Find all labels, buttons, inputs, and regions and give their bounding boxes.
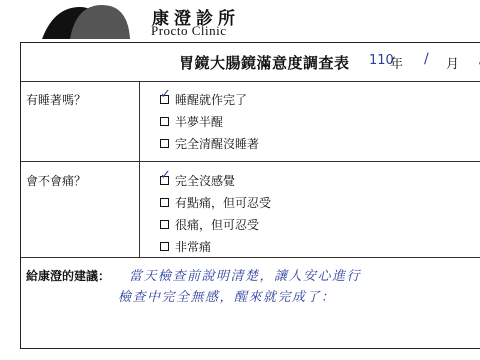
question-row-sleep: 有睡著嗎？ ✓ 睡醒就作完了 半夢半醒 完全清醒沒睡著 bbox=[21, 81, 480, 162]
check-mark-icon: ✓ bbox=[160, 87, 171, 102]
option-asleep[interactable]: ✓ 睡醒就作完了 bbox=[160, 88, 259, 110]
checkbox-icon[interactable] bbox=[160, 139, 169, 148]
option-label: 完全清醒沒睡著 bbox=[175, 135, 259, 152]
check-mark-icon: ✓ bbox=[160, 168, 171, 183]
handwritten-suggestion-line-1: 當天檢查前說明清楚，讓人安心進行 bbox=[129, 265, 361, 284]
checkbox-checked-icon[interactable]: ✓ bbox=[160, 176, 169, 185]
option-label: 完全沒感覺 bbox=[175, 172, 235, 189]
options-list: ✓ 完全沒感覺 有點痛，但可忍受 很痛，但可忍受 非常痛 bbox=[160, 169, 271, 257]
survey-form: 胃鏡大腸鏡滿意度調查表 110 年 / 月 / 有睡著嗎？ ✓ 睡醒就作完了 半… bbox=[20, 42, 480, 349]
option-awake[interactable]: 完全清醒沒睡著 bbox=[160, 132, 259, 154]
month-value[interactable]: / bbox=[424, 51, 429, 67]
clinic-logo-icon bbox=[40, 5, 130, 39]
option-label: 半夢半醒 bbox=[175, 113, 223, 130]
question-row-pain: 會不會痛？ ✓ 完全沒感覺 有點痛，但可忍受 很痛，但可忍受 非常痛 bbox=[21, 162, 480, 258]
suggestion-label: 給康澄的建議： bbox=[26, 267, 110, 284]
option-extremely-painful[interactable]: 非常痛 bbox=[160, 235, 271, 257]
column-divider bbox=[139, 81, 140, 161]
checkbox-icon[interactable] bbox=[160, 117, 169, 126]
option-label: 很痛，但可忍受 bbox=[175, 216, 259, 233]
option-half-asleep[interactable]: 半夢半醒 bbox=[160, 110, 259, 132]
option-label: 有點痛，但可忍受 bbox=[175, 194, 271, 211]
suggestion-section[interactable]: 給康澄的建議： 當天檢查前說明清楚，讓人安心進行 檢查中完全無感，醒來就完成了： bbox=[21, 258, 480, 348]
option-no-feeling[interactable]: ✓ 完全沒感覺 bbox=[160, 169, 271, 191]
option-label: 睡醒就作完了 bbox=[175, 91, 247, 108]
form-title: 胃鏡大腸鏡滿意度調查表 bbox=[179, 52, 350, 73]
checkbox-icon[interactable] bbox=[160, 220, 169, 229]
form-title-row: 胃鏡大腸鏡滿意度調查表 110 年 / 月 / bbox=[21, 43, 480, 82]
question-label: 會不會痛？ bbox=[26, 172, 86, 189]
options-list: ✓ 睡醒就作完了 半夢半醒 完全清醒沒睡著 bbox=[160, 88, 259, 154]
question-label: 有睡著嗎？ bbox=[26, 91, 86, 108]
checkbox-icon[interactable] bbox=[160, 242, 169, 251]
clinic-name-english: Procto Clinic bbox=[151, 23, 226, 39]
option-very-painful[interactable]: 很痛，但可忍受 bbox=[160, 213, 271, 235]
month-label: 月 bbox=[446, 53, 459, 72]
column-divider bbox=[139, 162, 140, 257]
checkbox-icon[interactable] bbox=[160, 198, 169, 207]
checkbox-checked-icon[interactable]: ✓ bbox=[160, 95, 169, 104]
option-label: 非常痛 bbox=[175, 238, 211, 255]
handwritten-suggestion-line-2: 檢查中完全無感，醒來就完成了： bbox=[118, 286, 336, 305]
option-slight-pain[interactable]: 有點痛，但可忍受 bbox=[160, 191, 271, 213]
year-label: 年 bbox=[390, 53, 403, 72]
